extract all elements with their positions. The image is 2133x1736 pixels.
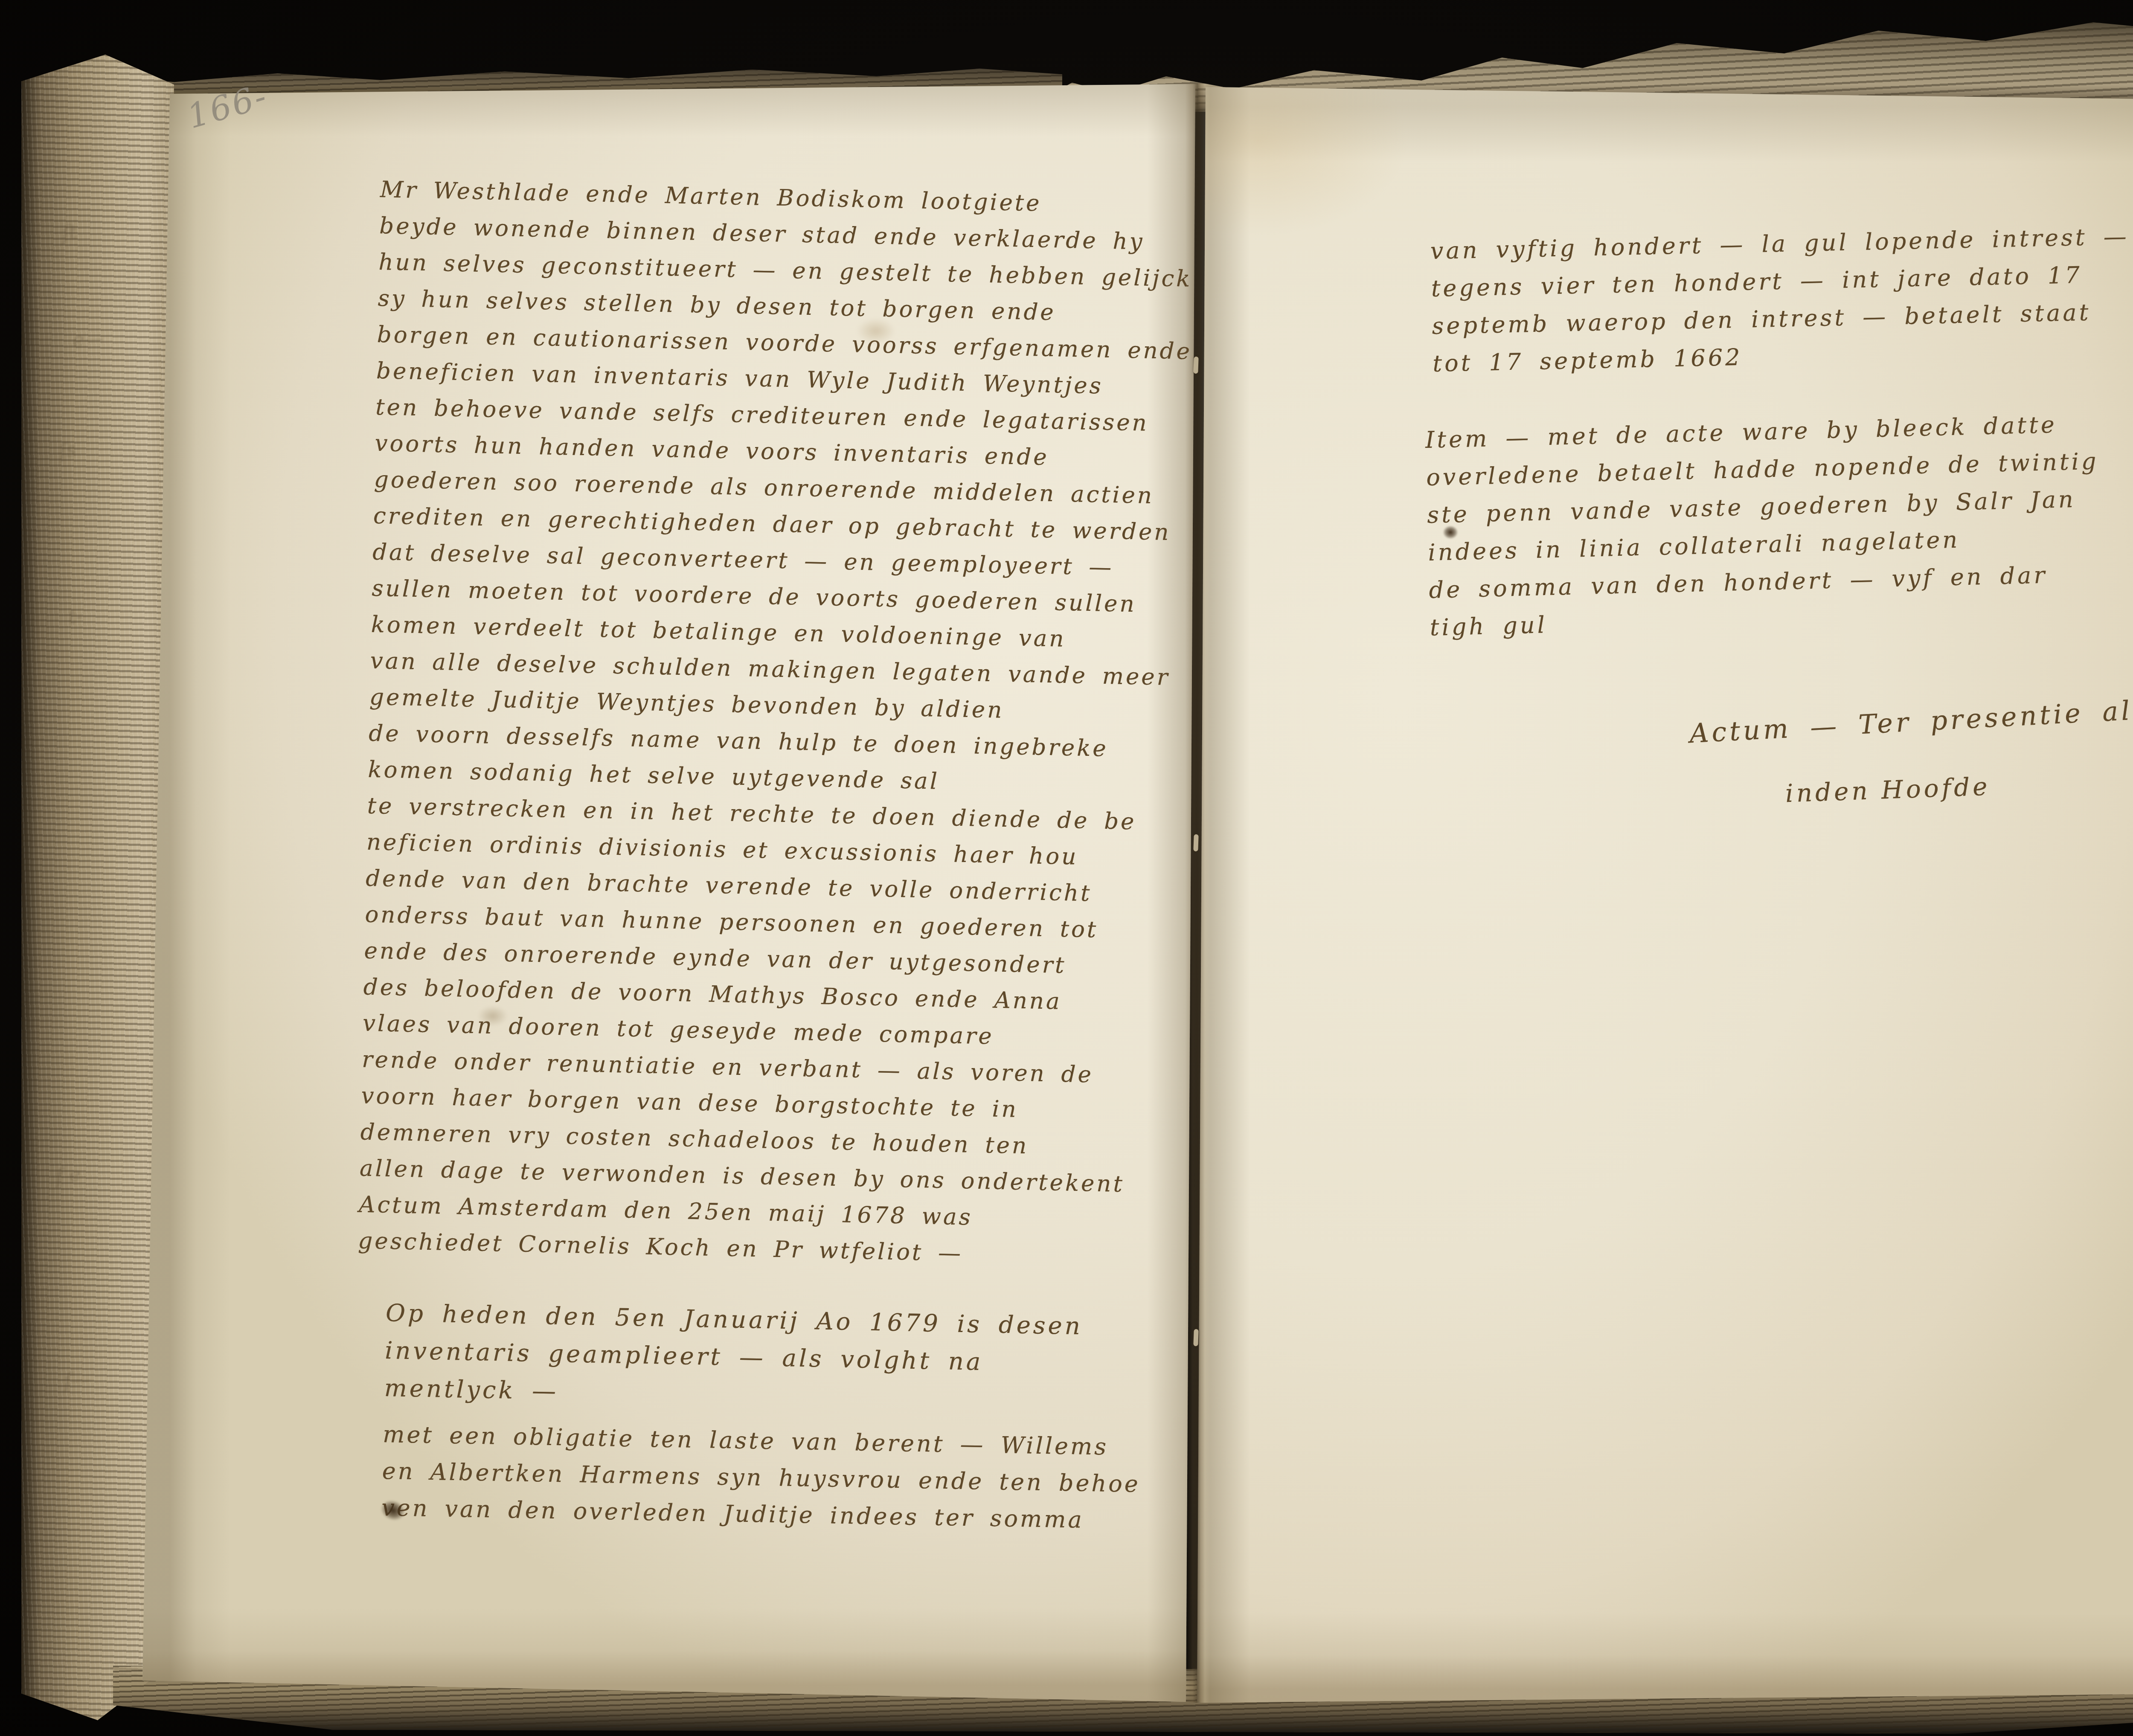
ghost-writing-mark: ſt xyxy=(61,220,78,244)
binding-stitch xyxy=(1193,834,1198,851)
right-page-item-paragraph: Item — met de acte ware by bleeck datteo… xyxy=(1425,401,2133,646)
left-page-addendum-1679: Op heden den 5en Januarij Ao 1679 is des… xyxy=(384,1295,1197,1422)
ghost-writing-mark: t- xyxy=(67,604,84,629)
ghost-writing-mark: f e xyxy=(54,1162,82,1188)
right-page-interest-paragraph: van vyftig hondert — la gul lopende intr… xyxy=(1430,215,2133,383)
ghost-writing-mark: e— xyxy=(72,327,105,352)
ghost-writing-mark: ſs xyxy=(57,437,78,462)
left-page-obligation-entry: met een obligatie ten laste van berent —… xyxy=(381,1416,1193,1540)
ghost-writing-mark: ſ— xyxy=(63,1367,92,1392)
ink-stain xyxy=(1443,525,1458,539)
left-page-text-body: Mr Westhlade ende Marten Bodiskom lootgi… xyxy=(358,171,1202,1276)
manuscript-photo: ſt e— ſs t- f e ſ— 166- 167. Mr Westhlad… xyxy=(0,0,2133,1736)
foxing-stain xyxy=(478,1006,508,1026)
foxing-stain xyxy=(857,318,895,344)
